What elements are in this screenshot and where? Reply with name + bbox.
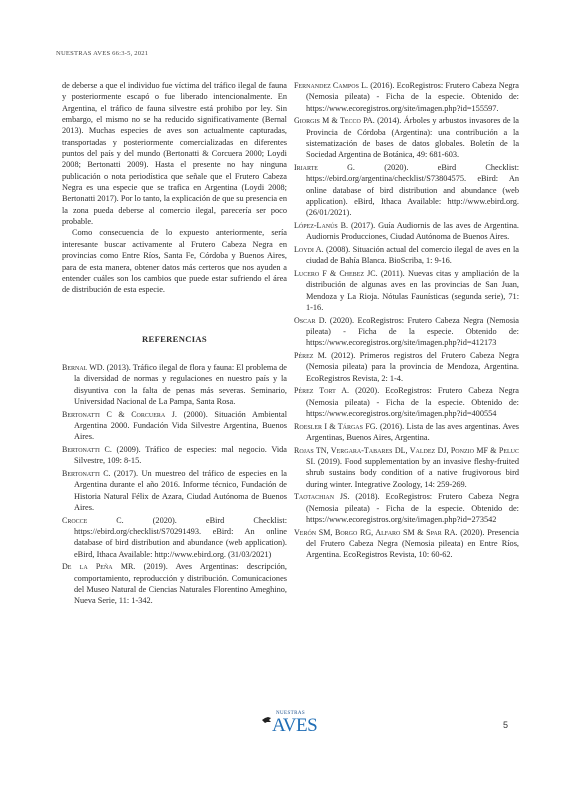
reference-item: Iriarte G. (2020). eBird Checklist: http… [294,162,519,219]
reference-item: Pérez M. (2012). Primeros registros del … [294,350,519,384]
reference-item: Oscar D. (2020). EcoRegistros: Frutero C… [294,315,519,349]
reference-item: Rojas TN, Vergara-Tabares DL, Valdez DJ,… [294,445,519,490]
references-heading: REFERENCIAS [62,334,287,345]
reference-author: Fernandez Campos L. [294,81,368,90]
reference-author: Bertonatti C. [62,469,111,478]
reference-author: De la Peña MR. [62,562,135,571]
reference-item: Pérez Tort A. (2020). EcoRegistros: Frut… [294,385,519,419]
bird-icon [262,716,272,724]
body-paragraph: de deberse a que el individuo fue víctim… [62,80,287,227]
reference-item: Roesler I & Tárgas FG. (2016). Lista de … [294,421,519,444]
right-column: Fernandez Campos L. (2016). EcoRegistros… [294,80,519,562]
reference-author: Crocce C. [62,516,124,525]
reference-item: Bertonatti C. (2017). Un muestreo del tr… [62,468,287,513]
reference-author: Taotachian JS. [294,492,350,501]
reference-item: Fernandez Campos L. (2016). EcoRegistros… [294,80,519,114]
reference-author: Iriarte G. [294,163,355,172]
reference-author: Bernal WD. [62,363,105,372]
journal-logo: NUESTRAS AVES [262,710,322,738]
reference-author: Oscar D. [294,316,327,325]
reference-list-left: Bernal WD. (2013). Tráfico ilegal de flo… [62,362,287,607]
reference-item: Giorgis M & Tecco PA. (2014). Árboles y … [294,115,519,160]
logo-big-text: AVES [272,715,317,737]
reference-item: Taotachian JS. (2018). EcoRegistros: Fru… [294,491,519,525]
reference-author: Roesler I & Tárgas FG. [294,422,378,431]
body-paragraph: Como consecuencia de lo expuesto anterio… [62,227,287,295]
reference-item: Loydi A. (2008). Situación actual del co… [294,244,519,267]
page-number: 5 [503,720,508,730]
reference-item: Bertonatti C & Corcuera J. (2000). Situa… [62,409,287,443]
reference-text: (2020). EcoRegistros: Frutero Cabeza Neg… [306,316,519,348]
reference-text: (2013). Tráfico ilegal de flora y fauna:… [74,363,287,406]
reference-item: Crocce C. (2020). eBird Checklist: https… [62,515,287,560]
reference-author: López-Lanús B. [294,221,348,230]
reference-item: De la Peña MR. (2019). Aves Argentinas: … [62,561,287,606]
running-head: NUESTRAS AVES 66:3-5, 2021 [56,50,148,57]
reference-author: Verón SM, Borgo RG, Alfaro SM & Spar RA. [294,528,458,537]
reference-item: López-Lanús B. (2017). Guía Audiornis de… [294,220,519,243]
reference-item: Bernal WD. (2013). Tráfico ilegal de flo… [62,362,287,407]
reference-text: (2012). Primeros registros del Frutero C… [306,351,519,383]
reference-item: Bertonatti C. (2009). Tráfico de especie… [62,444,287,467]
reference-item: Verón SM, Borgo RG, Alfaro SM & Spar RA.… [294,527,519,561]
reference-author: Lucero F & Chebez JC. [294,269,378,278]
reference-author: Giorgis M & Tecco PA. [294,116,375,125]
reference-author: Bertonatti C & Corcuera J. [62,410,177,419]
reference-text: (2008). Situación actual del comercio il… [306,245,519,265]
reference-text: (2019). Food supplementation by an invas… [306,457,519,489]
reference-author: Pérez M. [294,351,327,360]
reference-author: Loydi A. [294,245,324,254]
reference-author: Bertonatti C. [62,445,112,454]
reference-item: Lucero F & Chebez JC. (2011). Nuevas cit… [294,268,519,313]
reference-author: Pérez Tort A. [294,386,349,395]
left-column: de deberse a que el individuo fue víctim… [62,80,287,608]
